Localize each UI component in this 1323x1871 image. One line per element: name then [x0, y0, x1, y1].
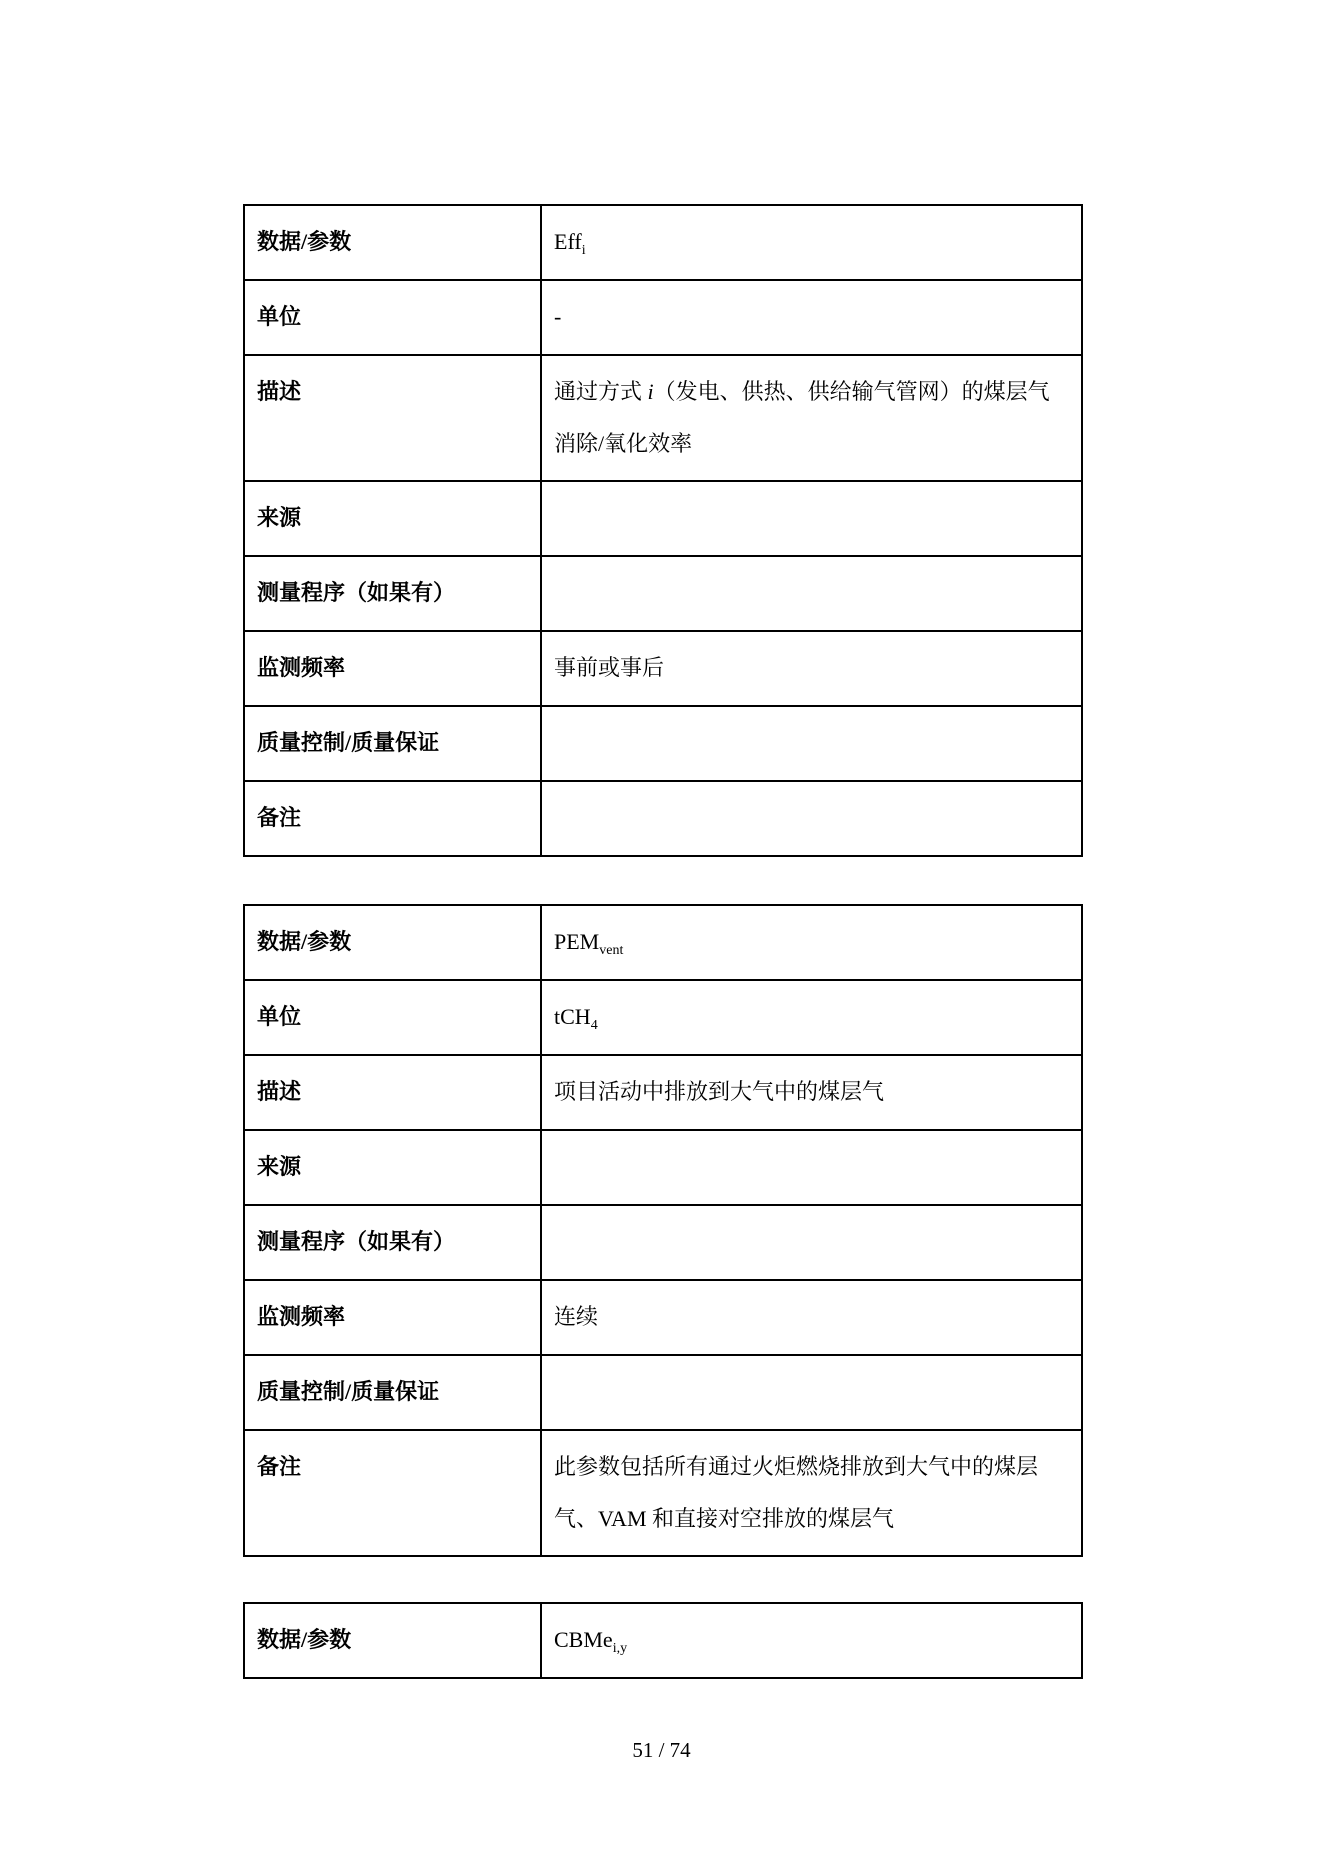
value-text: 此参数包括所有通过火炬燃烧排放到大气中的煤层气、VAM 和直接对空排放的煤层气 [554, 1454, 1038, 1531]
table-row: 描述项目活动中排放到大气中的煤层气 [244, 1055, 1082, 1130]
value-text: tCH [554, 1004, 591, 1029]
row-label: 备注 [244, 781, 541, 856]
page-number: 51 / 74 [0, 1737, 1323, 1763]
row-label: 描述 [244, 1055, 541, 1130]
row-value [541, 481, 1082, 556]
row-label: 数据/参数 [244, 1603, 541, 1678]
row-label: 数据/参数 [244, 205, 541, 280]
table-row: 数据/参数PEMvent [244, 905, 1082, 980]
value-text: 连续 [554, 1304, 598, 1329]
value-subscript: 4 [591, 1018, 598, 1033]
row-label: 测量程序（如果有） [244, 1205, 541, 1280]
row-value: 通过方式 i（发电、供热、供给输气管网）的煤层气消除/氧化效率 [541, 355, 1082, 481]
value-subscript: vent [599, 943, 623, 958]
table-row: 测量程序（如果有） [244, 1205, 1082, 1280]
table-row: 数据/参数Effi [244, 205, 1082, 280]
row-label: 数据/参数 [244, 905, 541, 980]
value-text: Eff [554, 229, 582, 254]
row-label: 监测频率 [244, 1280, 541, 1355]
table-row: 监测频率连续 [244, 1280, 1082, 1355]
row-value [541, 1355, 1082, 1430]
value-text: PEM [554, 929, 599, 954]
row-label: 单位 [244, 280, 541, 355]
table-row: 质量控制/质量保证 [244, 1355, 1082, 1430]
row-label: 来源 [244, 481, 541, 556]
table-row: 来源 [244, 1130, 1082, 1205]
parameter-table-pemvent: 数据/参数PEMvent单位tCH4描述项目活动中排放到大气中的煤层气来源测量程… [243, 904, 1083, 1557]
row-value [541, 556, 1082, 631]
row-label: 来源 [244, 1130, 541, 1205]
parameter-table-effi: 数据/参数Effi单位-描述通过方式 i（发电、供热、供给输气管网）的煤层气消除… [243, 204, 1083, 857]
row-value: - [541, 280, 1082, 355]
row-value [541, 1130, 1082, 1205]
row-value [541, 781, 1082, 856]
row-label: 质量控制/质量保证 [244, 1355, 541, 1430]
value-text: 事前或事后 [554, 655, 664, 680]
row-value: 事前或事后 [541, 631, 1082, 706]
row-label: 测量程序（如果有） [244, 556, 541, 631]
value-text: - [554, 304, 561, 329]
value-text: CBMe [554, 1627, 613, 1652]
document-page: 数据/参数Effi单位-描述通过方式 i（发电、供热、供给输气管网）的煤层气消除… [0, 0, 1323, 1871]
value-subscript: i,y [613, 1641, 627, 1656]
value-subscript: i [582, 243, 586, 258]
table-row: 来源 [244, 481, 1082, 556]
row-value: 此参数包括所有通过火炬燃烧排放到大气中的煤层气、VAM 和直接对空排放的煤层气 [541, 1430, 1082, 1556]
row-label: 备注 [244, 1430, 541, 1556]
row-value: Effi [541, 205, 1082, 280]
row-value: PEMvent [541, 905, 1082, 980]
row-value: tCH4 [541, 980, 1082, 1055]
row-label: 监测频率 [244, 631, 541, 706]
row-label: 单位 [244, 980, 541, 1055]
value-text: 项目活动中排放到大气中的煤层气 [554, 1079, 884, 1104]
table-row: 单位tCH4 [244, 980, 1082, 1055]
row-label: 质量控制/质量保证 [244, 706, 541, 781]
table-row: 备注 [244, 781, 1082, 856]
row-label: 描述 [244, 355, 541, 481]
row-value [541, 706, 1082, 781]
value-text: 通过方式 [554, 379, 648, 404]
table-row: 质量控制/质量保证 [244, 706, 1082, 781]
table-row: 单位- [244, 280, 1082, 355]
row-value: CBMei,y [541, 1603, 1082, 1678]
row-value [541, 1205, 1082, 1280]
parameter-table-cbme: 数据/参数CBMei,y [243, 1602, 1083, 1679]
row-value: 连续 [541, 1280, 1082, 1355]
table-row: 测量程序（如果有） [244, 556, 1082, 631]
row-value: 项目活动中排放到大气中的煤层气 [541, 1055, 1082, 1130]
table-row: 描述通过方式 i（发电、供热、供给输气管网）的煤层气消除/氧化效率 [244, 355, 1082, 481]
table-row: 数据/参数CBMei,y [244, 1603, 1082, 1678]
table-row: 监测频率事前或事后 [244, 631, 1082, 706]
table-row: 备注此参数包括所有通过火炬燃烧排放到大气中的煤层气、VAM 和直接对空排放的煤层… [244, 1430, 1082, 1556]
